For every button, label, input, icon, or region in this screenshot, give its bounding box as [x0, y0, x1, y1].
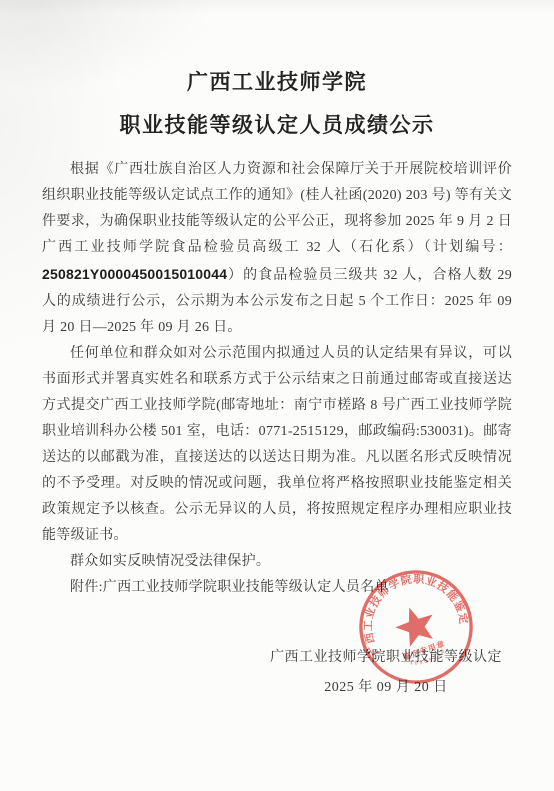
signature-block: 广西工业技师学院职业技能等级认定 2025 年 09 月 20 日	[270, 651, 502, 695]
doc-title-line1: 广西工业技师学院	[0, 72, 554, 93]
document-header: 广西工业技师学院 职业技能等级认定人员成绩公示	[0, 0, 554, 136]
signature-org: 广西工业技师学院职业技能等级认定	[270, 651, 502, 665]
paragraph-objection-procedure: 任何单位和群众如对公示范围内拟通过人员的认定结果有异议，可以书面形式并署真实姓名…	[42, 341, 512, 549]
document-page: 广西工业技师学院 职业技能等级认定人员成绩公示 根据《广西壮族自治区人力资源和社…	[0, 0, 554, 791]
plan-number: 250821Y0000450015010044	[42, 266, 227, 282]
attachment-line: 附件:广西工业技师学院职业技能等级认定人员名单	[42, 575, 512, 601]
document-body: 根据《广西壮族自治区人力资源和社会保障厅关于开展院校培训评价组织职业技能等级认定…	[42, 157, 512, 601]
seal-star-icon	[391, 601, 440, 649]
signature-date: 2025 年 09 月 20 日	[270, 681, 502, 695]
paragraph-basis-text-before: 根据《广西壮族自治区人力资源和社会保障厅关于开展院校培训评价组织职业技能等级认定…	[42, 162, 512, 255]
doc-title-line2: 职业技能等级认定人员成绩公示	[0, 115, 554, 136]
paragraph-basis: 根据《广西壮族自治区人力资源和社会保障厅关于开展院校培训评价组织职业技能等级认定…	[42, 157, 512, 341]
paragraph-legal-protection: 群众如实反映情况受法律保护。	[42, 549, 512, 575]
